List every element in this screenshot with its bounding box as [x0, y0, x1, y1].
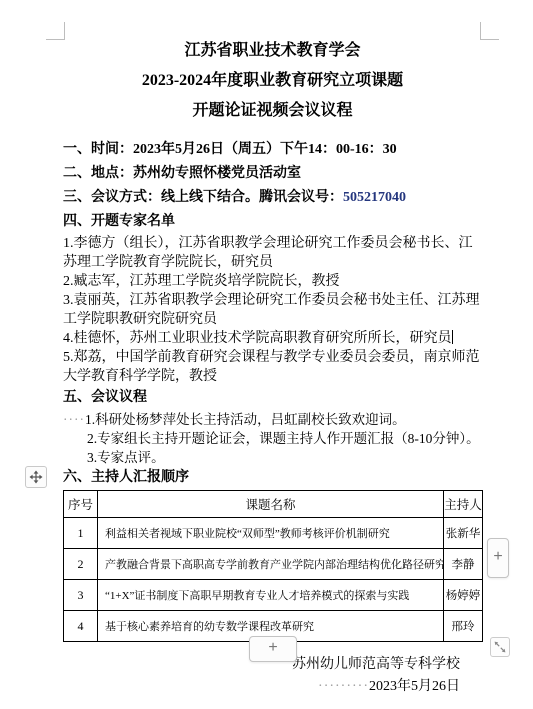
expert-item-5[interactable]: 5.郑荔，中国学前教育研究会课程与教学专业委员会委员，南京师范大学教育科学学院，…: [63, 348, 482, 386]
cell-host[interactable]: 邢玲: [444, 611, 483, 642]
margin-corner-mark-top-left: [46, 22, 65, 40]
insert-column-button[interactable]: +: [487, 538, 509, 578]
cell-no[interactable]: 3: [64, 580, 98, 611]
meeting-mode-line[interactable]: 三、会议方式：线上线下结合。腾讯会议号：505217040: [63, 186, 482, 210]
expert-item-2[interactable]: 2.臧志军，江苏理工学院炎培学院院长，教授: [63, 272, 482, 291]
agenda-item-2[interactable]: 2.专家组长主持开题论证会，课题主持人作开题汇报（8-10分钟）。: [63, 429, 482, 448]
cell-topic[interactable]: “1+X”证书制度下高职早期教育专业人才培养模式的探索与实践: [98, 580, 444, 611]
experts-heading[interactable]: 四、开题专家名单: [63, 210, 482, 234]
expert-item-3[interactable]: 3.袁丽英，江苏省职教学会理论研究工作委员会秘书处主任、江苏理工学院职教研究院研…: [63, 291, 482, 329]
document-content: 江苏省职业技术教育学会 2023-2024年度职业教育研究立项课题 开题论证视频…: [0, 0, 533, 698]
expert-list: 1.李德方（组长），江苏省职教学会理论研究工作委员会秘书长、江苏理工学院教育学院…: [63, 234, 482, 386]
cell-host[interactable]: 杨婷婷: [444, 580, 483, 611]
cell-topic[interactable]: 利益相关者视域下职业院校“双师型”教师考核评价机制研究: [98, 518, 444, 549]
table-resize-handle[interactable]: [490, 637, 510, 657]
table-row: 3 “1+X”证书制度下高职早期教育专业人才培养模式的探索与实践 杨婷婷: [64, 580, 483, 611]
space-format-marks: ····: [63, 412, 85, 427]
col-header-no[interactable]: 序号: [64, 491, 98, 518]
plus-icon: +: [493, 548, 502, 565]
resize-diagonal-icon: [494, 641, 506, 653]
margin-corner-mark-top-right: [480, 22, 499, 40]
cell-no[interactable]: 1: [64, 518, 98, 549]
table-header-row: 序号 课题名称 主持人: [64, 491, 483, 518]
doc-title-line-1[interactable]: 江苏省职业技术教育学会: [63, 36, 482, 66]
cell-no[interactable]: 2: [64, 549, 98, 580]
text-cursor: [452, 330, 453, 344]
tencent-meeting-number: 505217040: [343, 190, 406, 205]
doc-title-line-2[interactable]: 2023-2024年度职业教育研究立项课题: [63, 66, 482, 96]
meta-section: 一、时间：2023年5月26日（周五）下午14：00-16：30 二、地点：苏州…: [63, 138, 482, 234]
plus-icon: +: [268, 639, 277, 656]
agenda-item-1-text: 1.科研处杨梦萍处长主持活动，吕虹副校长致欢迎词。: [85, 412, 406, 427]
table-row: 1 利益相关者视域下职业院校“双师型”教师考核评价机制研究 张新华: [64, 518, 483, 549]
table-row: 2 产教融合背景下高职高专学前教育产业学院内部治理结构优化路径研究 李静: [64, 549, 483, 580]
report-order-table-wrap: 序号 课题名称 主持人 1 利益相关者视域下职业院校“双师型”教师考核评价机制研…: [63, 490, 482, 642]
signature-date: 2023年5月26日: [369, 679, 460, 694]
space-format-marks: ·········: [318, 679, 369, 694]
col-header-topic[interactable]: 课题名称: [98, 491, 444, 518]
doc-title-line-3[interactable]: 开题论证视频会议议程: [63, 96, 482, 126]
move-icon: [29, 470, 43, 484]
insert-row-button[interactable]: +: [249, 636, 297, 662]
cell-no[interactable]: 4: [64, 611, 98, 642]
report-order-heading-row: 六、主持人汇报顺序: [63, 467, 482, 488]
col-header-host[interactable]: 主持人: [444, 491, 483, 518]
expert-item-4-text: 4.桂德怀，苏州工业职业技术学院高职教育研究所所长，研究员: [63, 331, 452, 346]
signature-date-line[interactable]: ·········2023年5月26日: [63, 676, 460, 698]
expert-item-4[interactable]: 4.桂德怀，苏州工业职业技术学院高职教育研究所所长，研究员: [63, 329, 482, 348]
meeting-time-line[interactable]: 一、时间：2023年5月26日（周五）下午14：00-16：30: [63, 138, 482, 162]
report-order-heading[interactable]: 六、主持人汇报顺序: [63, 467, 482, 488]
agenda-item-3[interactable]: 3.专家点评。: [63, 448, 482, 467]
expert-item-1[interactable]: 1.李德方（组长），江苏省职教学会理论研究工作委员会秘书长、江苏理工学院教育学院…: [63, 234, 482, 272]
meeting-mode-text: 三、会议方式：线上线下结合。腾讯会议号：: [63, 190, 343, 205]
report-order-table: 序号 课题名称 主持人 1 利益相关者视域下职业院校“双师型”教师考核评价机制研…: [63, 490, 483, 642]
cell-host[interactable]: 李静: [444, 549, 483, 580]
table-move-handle[interactable]: [25, 466, 47, 488]
meeting-place-line[interactable]: 二、地点：苏州幼专照怀楼党员活动室: [63, 162, 482, 186]
document-page: 江苏省职业技术教育学会 2023-2024年度职业教育研究立项课题 开题论证视频…: [0, 0, 533, 709]
agenda-heading[interactable]: 五、会议议程: [63, 386, 482, 410]
agenda-item-1[interactable]: ····1.科研处杨梦萍处长主持活动，吕虹副校长致欢迎词。: [63, 410, 482, 429]
cell-host[interactable]: 张新华: [444, 518, 483, 549]
cell-topic[interactable]: 产教融合背景下高职高专学前教育产业学院内部治理结构优化路径研究: [98, 549, 444, 580]
